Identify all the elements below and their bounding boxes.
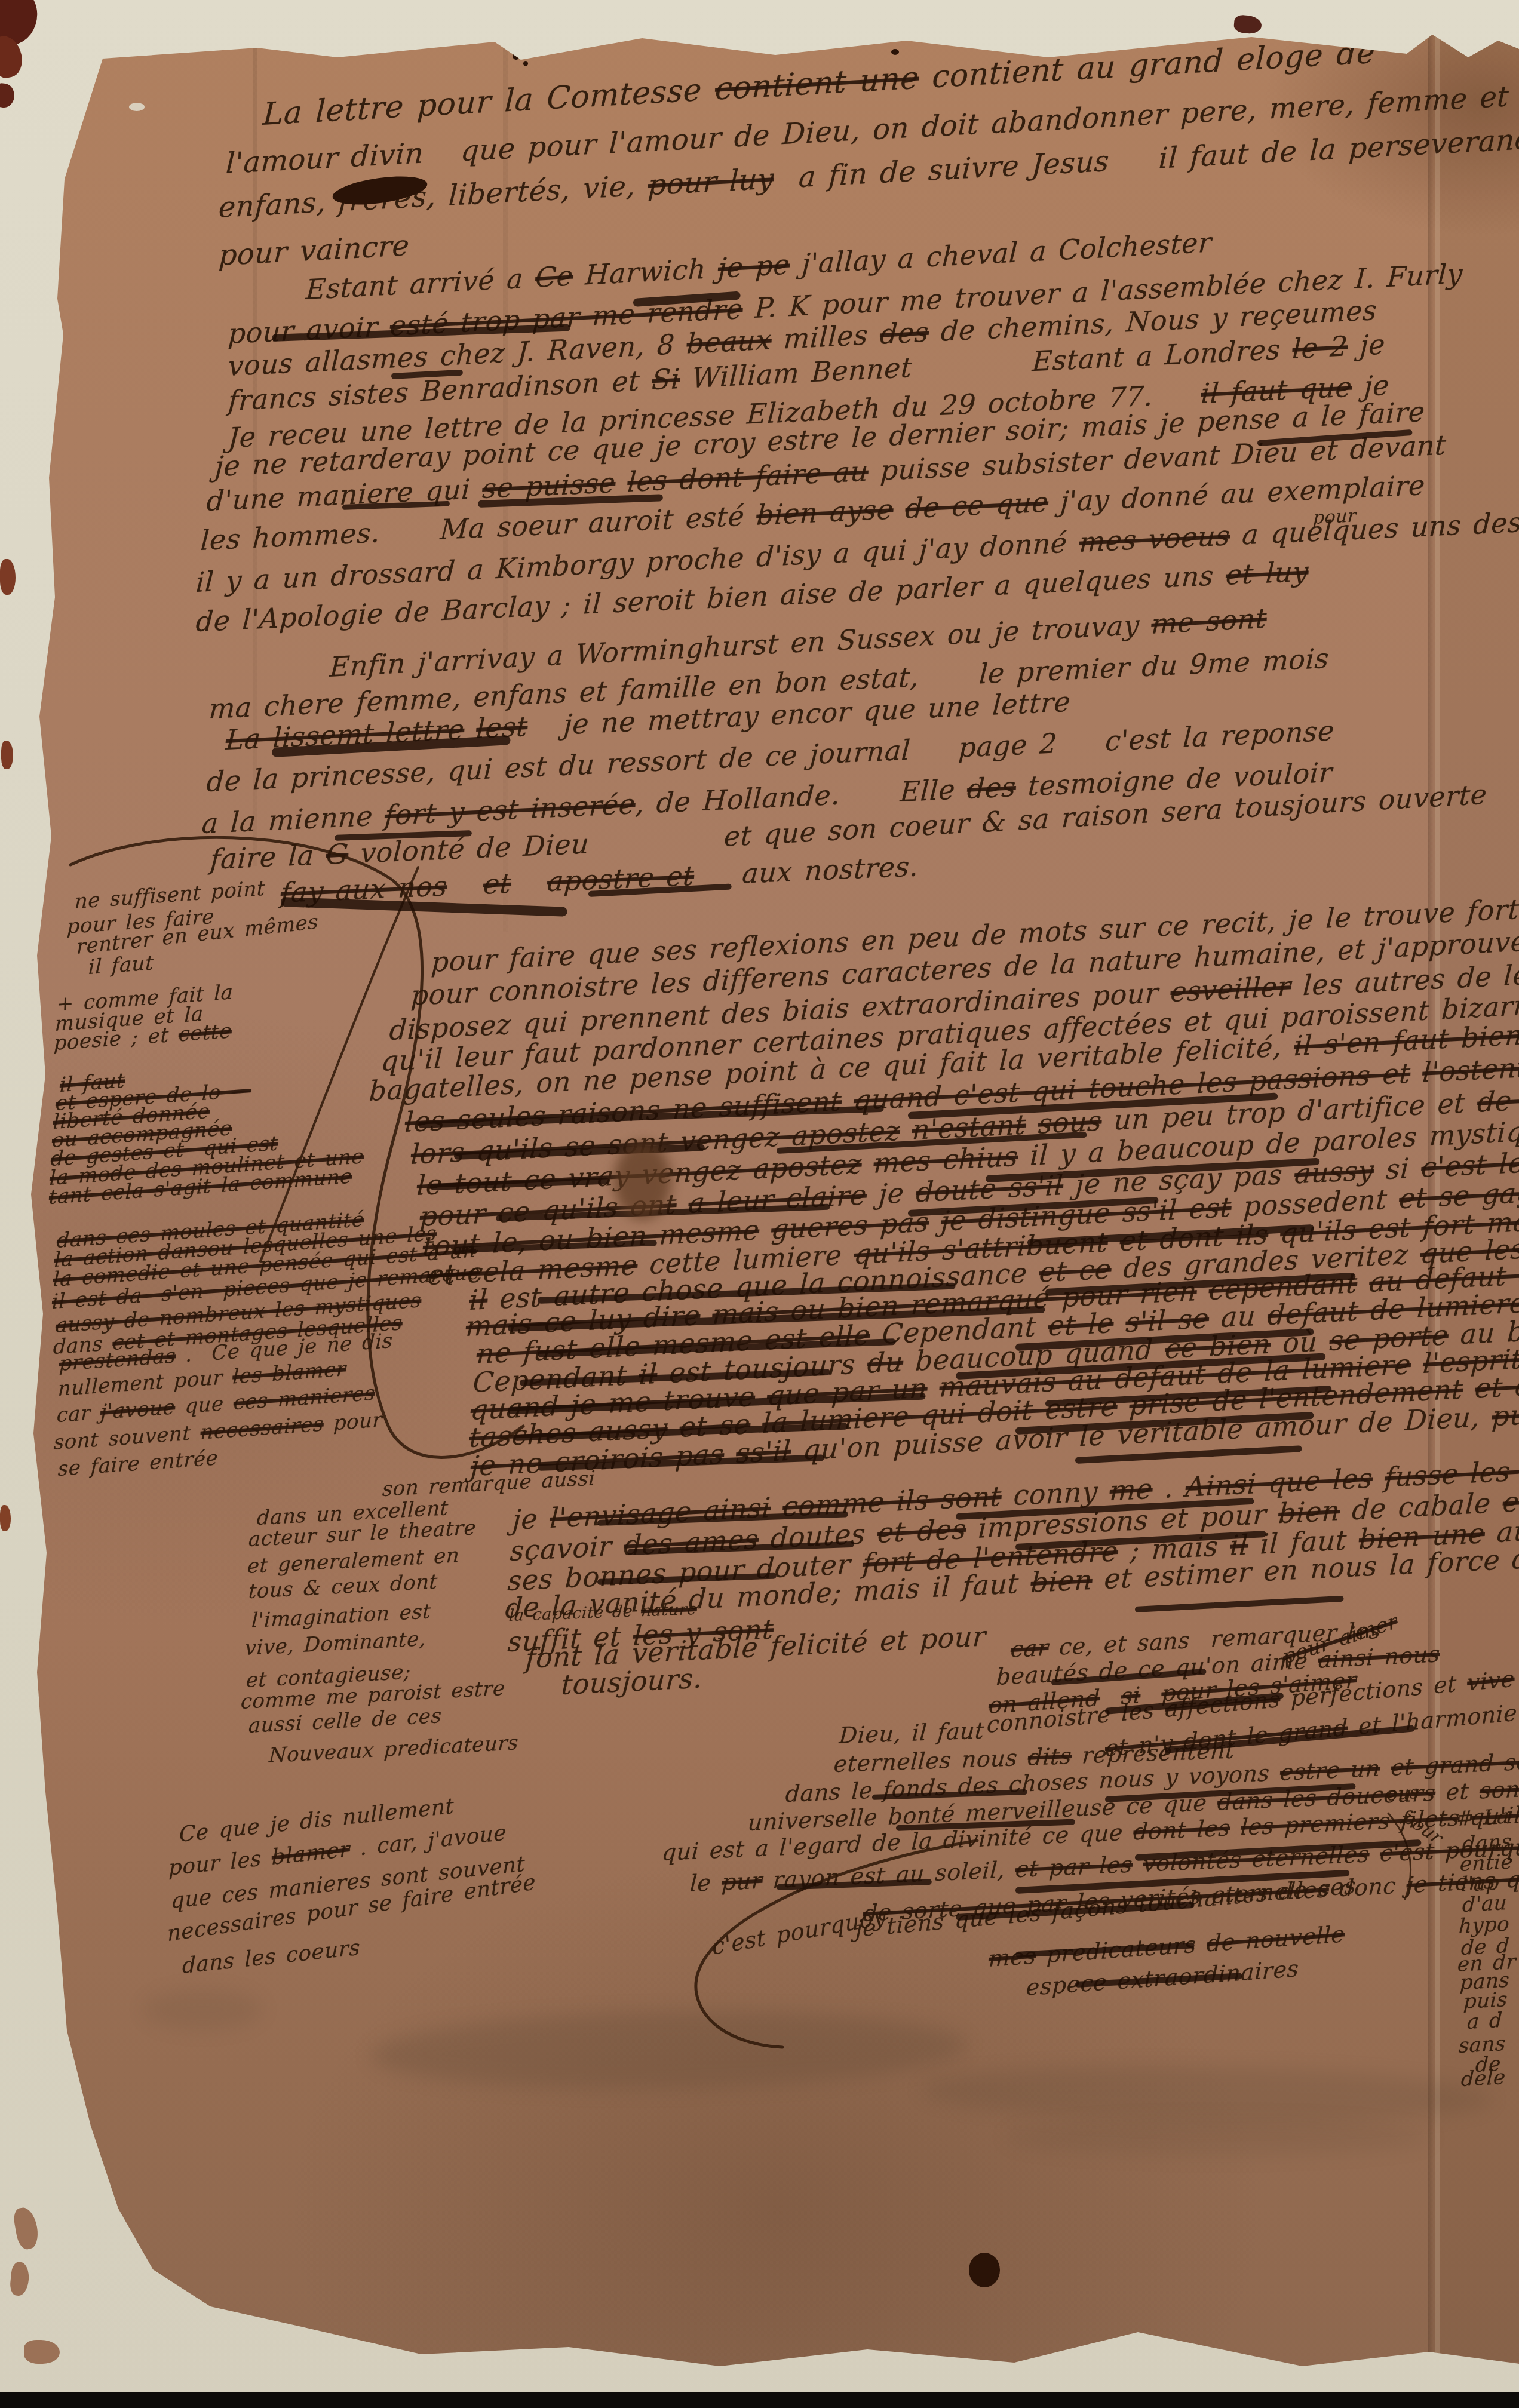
scan-edge-black-strip xyxy=(0,2392,1519,2408)
annotation-line: Dieu, il faut xyxy=(838,1717,985,1749)
torn-edge-debris xyxy=(0,1505,11,1531)
bleedthrough-smudge xyxy=(370,2006,968,2094)
torn-edge-debris xyxy=(1,741,13,769)
ink-blot xyxy=(891,49,899,55)
ink-blot xyxy=(129,103,145,111)
margin-note-line: son remarque aussi xyxy=(382,1466,596,1501)
crossout-stroke xyxy=(1135,1596,1344,1612)
torn-edge-debris xyxy=(24,2340,60,2364)
margin-note-line: Nouveaux predicateurs xyxy=(268,1731,519,1768)
bleedthrough-smudge xyxy=(143,1989,263,2031)
torn-edge-debris xyxy=(0,559,16,595)
ink-blot xyxy=(523,61,528,66)
handwritten-line: pour vaincre xyxy=(218,229,410,272)
handwritten-line: tousjours. xyxy=(560,1661,703,1701)
bleedthrough-smudge xyxy=(919,2062,1494,2128)
ink-blot xyxy=(969,2253,1000,2287)
margin-note-line: vive, Dominante, xyxy=(244,1627,426,1660)
edge-fragment: a d xyxy=(1466,2008,1503,2034)
edge-fragment: # La xyxy=(1456,1804,1510,1831)
bleedthrough-smudge xyxy=(1004,2119,1434,2156)
edge-fragment: ous xyxy=(1387,1782,1420,1805)
manuscript-page: La lettre pour la Comtesse contient une … xyxy=(0,0,1519,2408)
margin-note-line: il faut xyxy=(88,951,154,979)
bottom-note-line: dans les coeurs xyxy=(182,1936,360,1979)
manuscript-photo: La lettre pour la Comtesse contient une … xyxy=(0,0,1519,2408)
ink-blot xyxy=(614,1142,671,1220)
edge-fragment: dele xyxy=(1460,2065,1506,2091)
